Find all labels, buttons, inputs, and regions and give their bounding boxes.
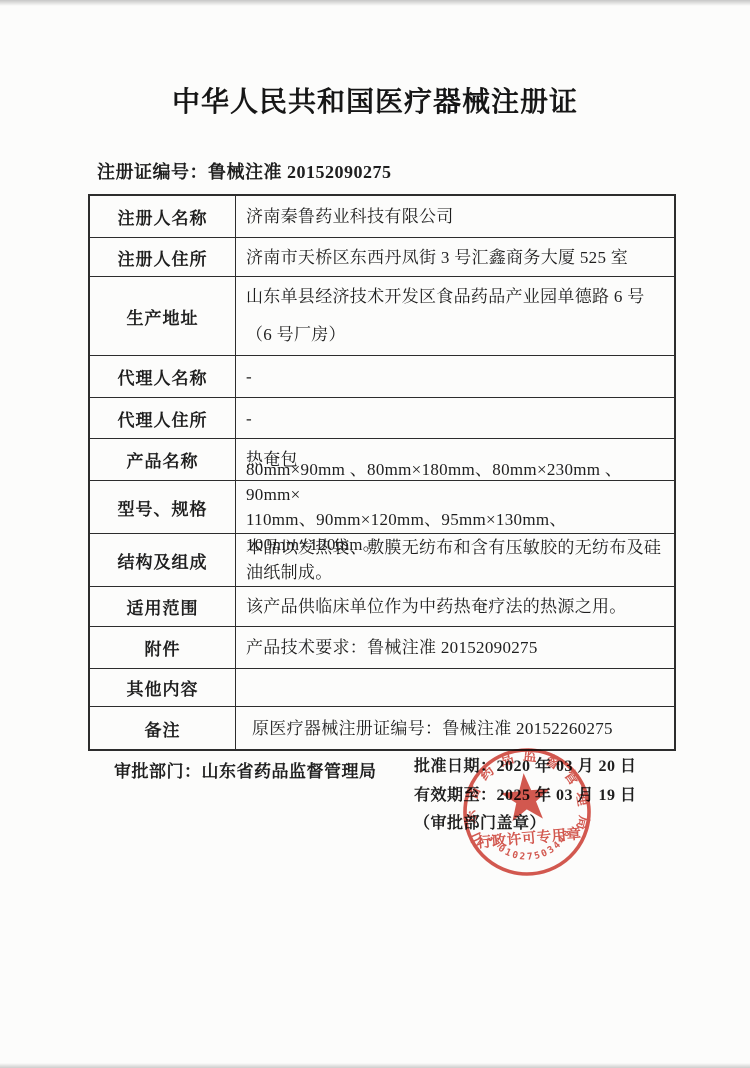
field-value: - [236,356,674,397]
table-row: 注册人住所 济南市天桥区东西丹凤街 3 号汇鑫商务大厦 525 室 [90,238,674,277]
table-row: 其他内容 [90,669,674,707]
field-value: 该产品供临床单位作为中药热奄疗法的热源之用。 [236,587,674,626]
field-label: 适用范围 [90,587,236,626]
field-value: 产品技术要求：鲁械注准 20152090275 [236,627,674,668]
field-label: 代理人住所 [90,398,236,438]
field-value: 80mm×90mm 、80mm×180mm、80mm×230mm 、90mm× … [236,481,674,533]
field-label: 备注 [90,707,236,749]
table-row: 适用范围 该产品供临床单位作为中药热奄疗法的热源之用。 [90,587,674,627]
registration-number-line: 注册证编号：鲁械注准 20152090275 [97,158,392,184]
table-row: 附件 产品技术要求：鲁械注准 20152090275 [90,627,674,669]
field-value [236,669,674,706]
certificate-table: 注册人名称 济南秦鲁药业科技有限公司 注册人住所 济南市天桥区东西丹凤街 3 号… [88,194,676,751]
field-label: 其他内容 [90,669,236,706]
table-row: 代理人住所 - [90,398,674,439]
field-label: 生产地址 [90,277,236,355]
field-label: 产品名称 [90,439,236,480]
field-value: - [236,398,674,438]
field-label: 代理人名称 [90,356,236,397]
field-label: 型号、规格 [90,481,236,533]
page-title: 中华人民共和国医疗器械注册证 [0,80,750,120]
approval-department: 审批部门：山东省药品监督管理局 [114,757,377,782]
field-value: 山东单县经济技术开发区食品药品产业园单德路 6 号 （6 号厂房） [236,277,674,355]
scan-artifact-bottom [0,1063,750,1068]
field-label: 注册人名称 [90,196,236,237]
field-value: 济南市天桥区东西丹凤街 3 号汇鑫商务大厦 525 室 [236,238,674,276]
scan-artifact-top [0,0,750,6]
table-row: 型号、规格 80mm×90mm 、80mm×180mm、80mm×230mm 、… [90,481,674,534]
table-row: 注册人名称 济南秦鲁药业科技有限公司 [90,196,674,238]
table-row: 代理人名称 - [90,356,674,398]
table-row: 生产地址 山东单县经济技术开发区食品药品产业园单德路 6 号 （6 号厂房） [90,277,674,356]
field-label: 注册人住所 [90,238,236,276]
seal-star-icon [499,771,552,822]
official-seal: 山东省药品监督管理局 行政许可专用章 3701027503440 [435,720,619,904]
field-value: 济南秦鲁药业科技有限公司 [236,196,674,237]
field-label: 附件 [90,627,236,668]
field-value: 本品以发热袋、敷膜无纺布和含有压敏胶的无纺布及硅油纸制成。 [236,534,674,586]
table-row: 结构及组成 本品以发热袋、敷膜无纺布和含有压敏胶的无纺布及硅油纸制成。 [90,534,674,587]
field-label: 结构及组成 [90,534,236,586]
